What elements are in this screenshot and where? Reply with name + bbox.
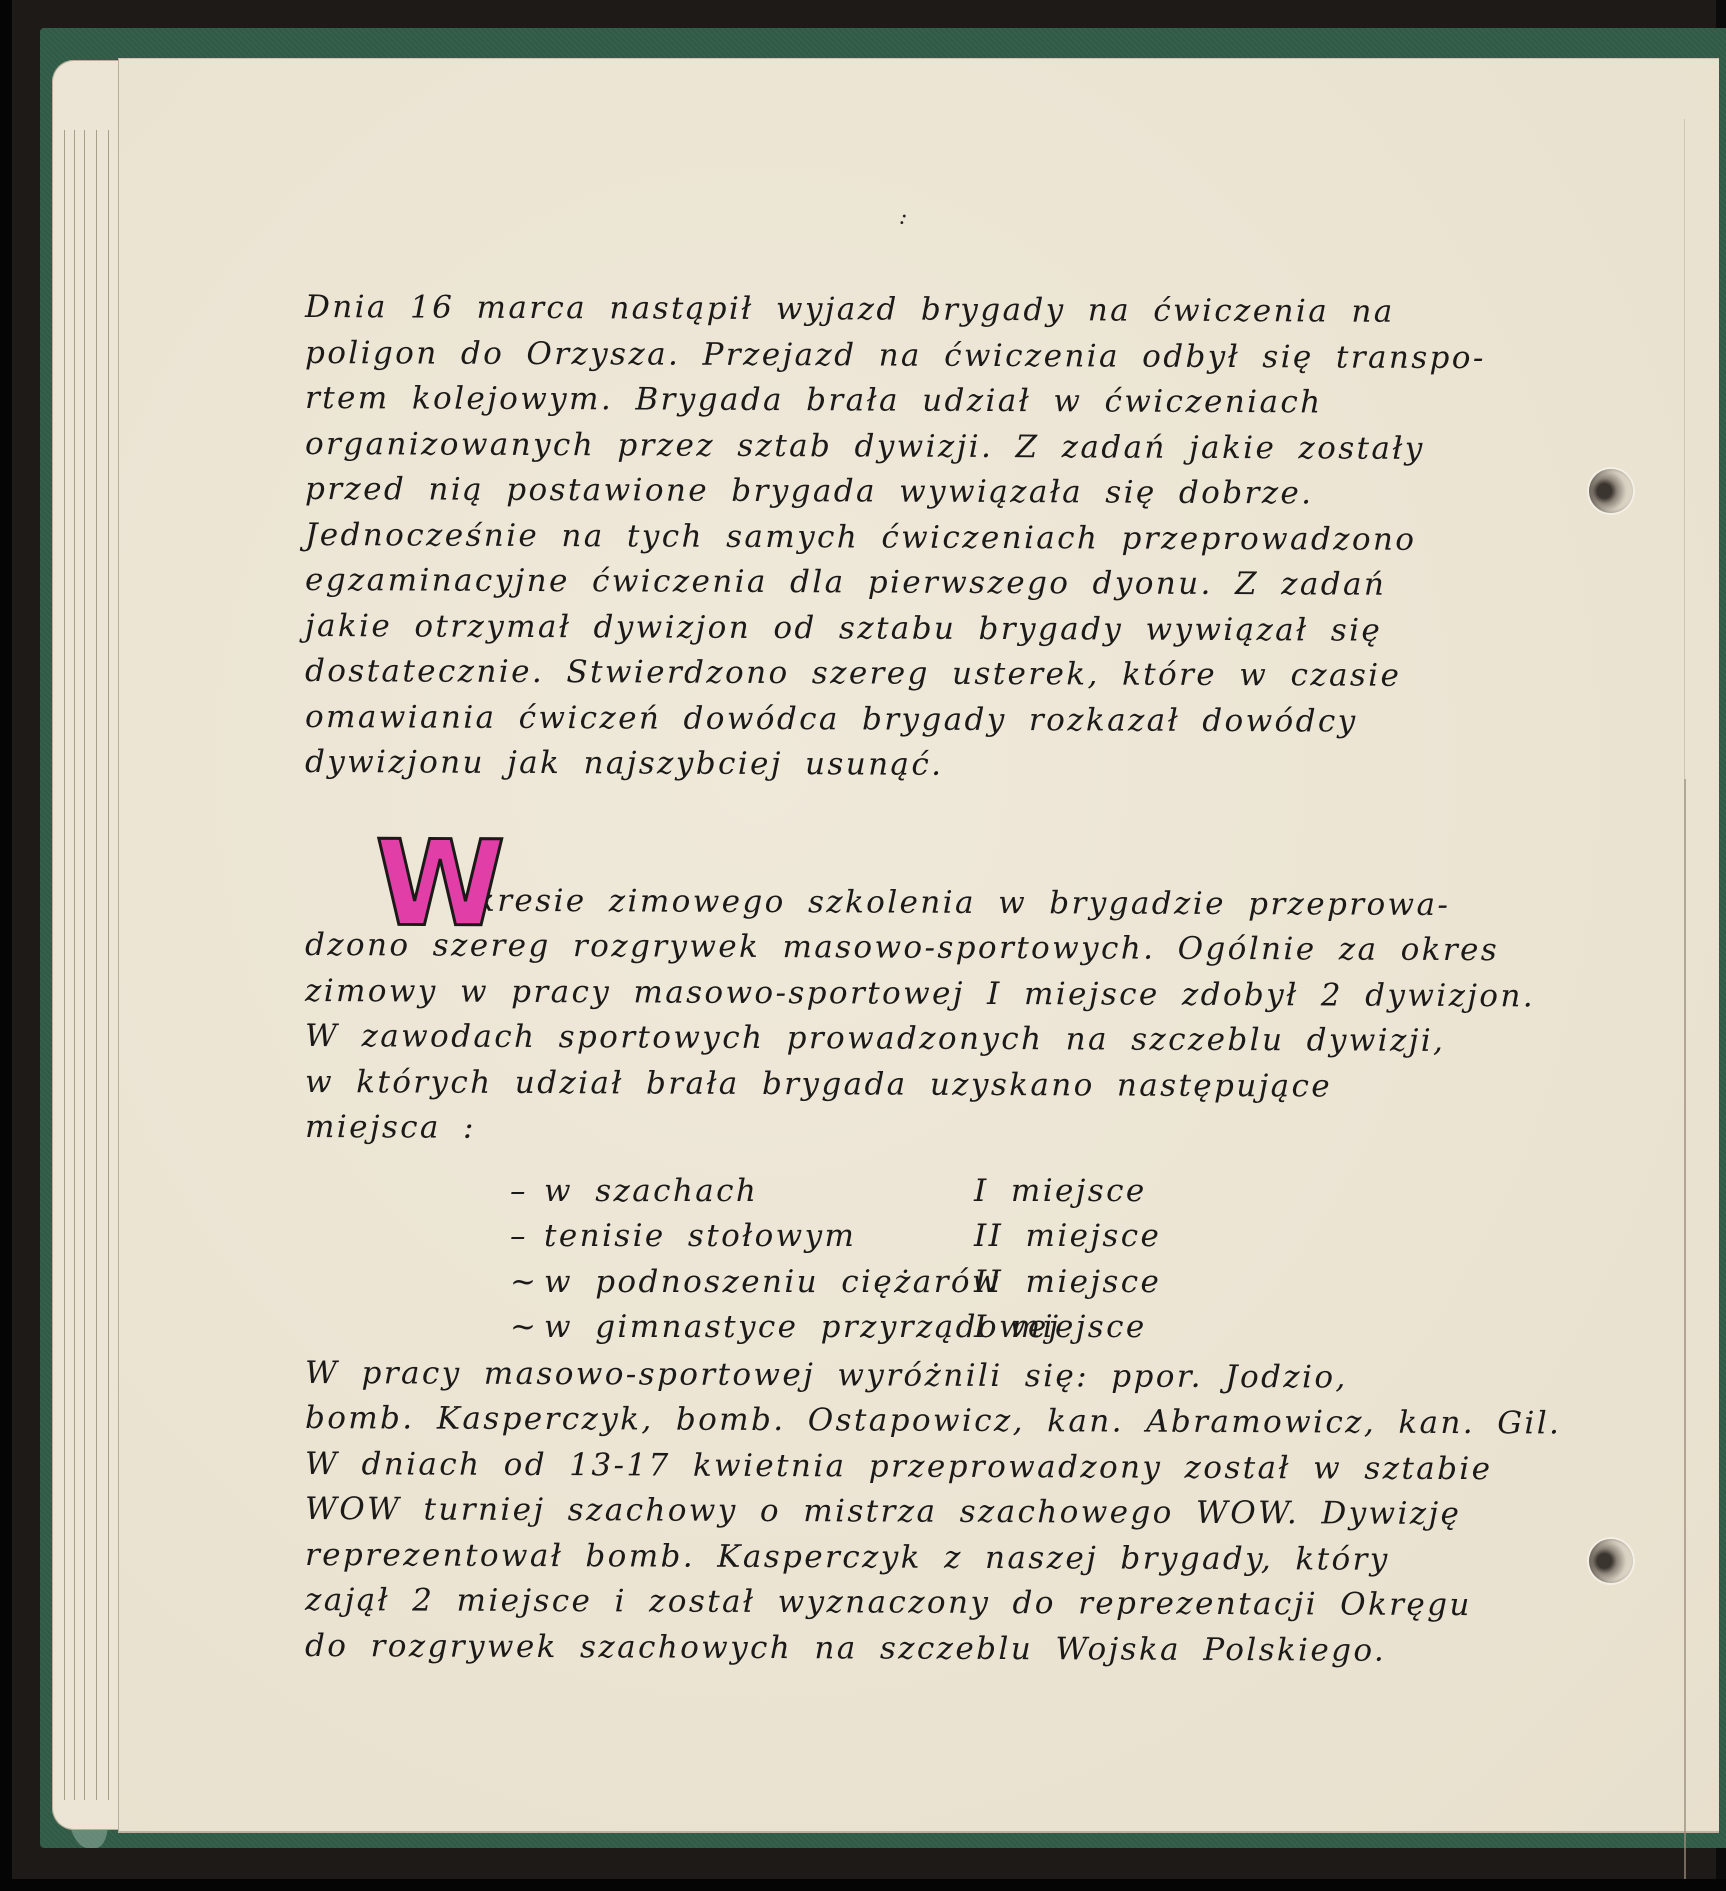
scan-backdrop-left: [0, 0, 12, 1891]
results-list-item: – tenisie stołowym II miejsce: [510, 1214, 1545, 1260]
place-result: II miejsce: [974, 1214, 1161, 1260]
page-crease-dark: [1684, 779, 1686, 1879]
text-line: W pracy masowo-sportowej wyróżnili się: …: [305, 1351, 1545, 1402]
punch-hole-icon: [1589, 469, 1633, 513]
dash-bullet: –: [510, 1214, 544, 1260]
text-line: bomb. Kasperczyk, bomb. Ostapowicz, kan.…: [305, 1396, 1545, 1447]
text-line: rtem kolejowym. Brygada brała udział w ć…: [305, 376, 1545, 427]
text-line: jakie otrzymał dywizjon od sztabu brygad…: [305, 604, 1545, 655]
paragraph-brigade-exercises: Dnia 16 marca nastąpił wyjazd brygady na…: [305, 285, 1545, 786]
text-line: reprezentował bomb. Kasperczyk z naszej …: [305, 1533, 1545, 1584]
text-line: WOW turniej szachowy o mistrza szachoweg…: [305, 1487, 1545, 1538]
event-name: w podnoszeniu ciężarów: [544, 1260, 974, 1306]
scan-backdrop-bottom: [0, 1879, 1726, 1891]
paragraph-distinctions-chess: W pracy masowo-sportowej wyróżnili się: …: [305, 1351, 1545, 1670]
page-edge-line: [64, 130, 65, 1800]
first-line-with-initial: W okresie zimowego szkolenia w brygadzie…: [305, 878, 1545, 924]
text-line: miejsca :: [305, 1105, 1545, 1156]
page-edge-line: [96, 130, 97, 1800]
text-line: organizowanych przez sztab dywizji. Z za…: [305, 422, 1545, 473]
text-line: W zawodach sportowych prowadzonych na sz…: [305, 1014, 1545, 1065]
event-name: w szachach: [544, 1169, 974, 1215]
place-result: I miejsce: [974, 1305, 1147, 1351]
page-edge-line: [108, 130, 109, 1800]
text-line: dzono szereg rozgrywek masowo-sportowych…: [305, 923, 1545, 974]
place-result: II miejsce: [974, 1260, 1161, 1306]
paragraph-winter-sports: W okresie zimowego szkolenia w brygadzie…: [305, 878, 1545, 1151]
text-line: przed nią postawione brygada wywiązała s…: [305, 467, 1545, 518]
page-edge-line: [84, 130, 85, 1800]
text-line-content: okresie zimowego szkolenia w brygadzie p…: [455, 882, 1450, 922]
results-list: – w szachach I miejsce – tenisie stołowy…: [510, 1169, 1545, 1351]
handwritten-text: Dnia 16 marca nastąpił wyjazd brygady na…: [305, 285, 1545, 1669]
results-list-item: ~ w podnoszeniu ciężarów II miejsce: [510, 1260, 1545, 1306]
text-line: W dniach od 13-17 kwietnia przeprowadzon…: [305, 1442, 1545, 1493]
tilde-bullet: ~: [510, 1305, 544, 1351]
page-crease: [1684, 119, 1685, 779]
text-line: dywizjonu jak najszybciej usunąć.: [305, 740, 1545, 791]
event-name: tenisie stołowym: [544, 1214, 974, 1260]
text-line: dostatecznie. Stwierdzono szereg usterek…: [305, 649, 1545, 700]
tilde-bullet: ~: [510, 1260, 544, 1306]
text-line: zimowy w pracy masowo-sportowej I miejsc…: [305, 969, 1545, 1020]
results-list-item: ~ w gimnastyce przyrządowej I miejsce: [510, 1305, 1545, 1351]
text-line: Jednocześnie na tych samych ćwiczeniach …: [305, 513, 1545, 564]
text-line: w których udział brała brygada uzyskano …: [305, 1060, 1545, 1111]
text-line: Dnia 16 marca nastąpił wyjazd brygady na…: [305, 285, 1545, 336]
page-edge-line: [74, 130, 75, 1800]
text-line: do rozgrywek szachowych na szczeblu Wojs…: [305, 1624, 1545, 1675]
text-line: poligon do Orzysza. Przejazd na ćwiczeni…: [305, 331, 1545, 382]
event-name: w gimnastyce przyrządowej: [544, 1305, 974, 1351]
dash-bullet: –: [510, 1169, 544, 1215]
text-line: omawiania ćwiczeń dowódca brygady rozkaz…: [305, 695, 1545, 746]
text-line: egzaminacyjne ćwiczenia dla pierwszego d…: [305, 558, 1545, 609]
punch-hole-icon: [1589, 1539, 1633, 1583]
text-line: zajął 2 miejsce i został wyznaczony do r…: [305, 1578, 1545, 1629]
place-result: I miejsce: [974, 1169, 1147, 1215]
scanned-album-page: : Dnia 16 marca nastąpił wyjazd brygady …: [0, 0, 1726, 1891]
text-line: W okresie zimowego szkolenia w brygadzie…: [305, 878, 1545, 929]
results-list-item: – w szachach I miejsce: [510, 1169, 1545, 1215]
